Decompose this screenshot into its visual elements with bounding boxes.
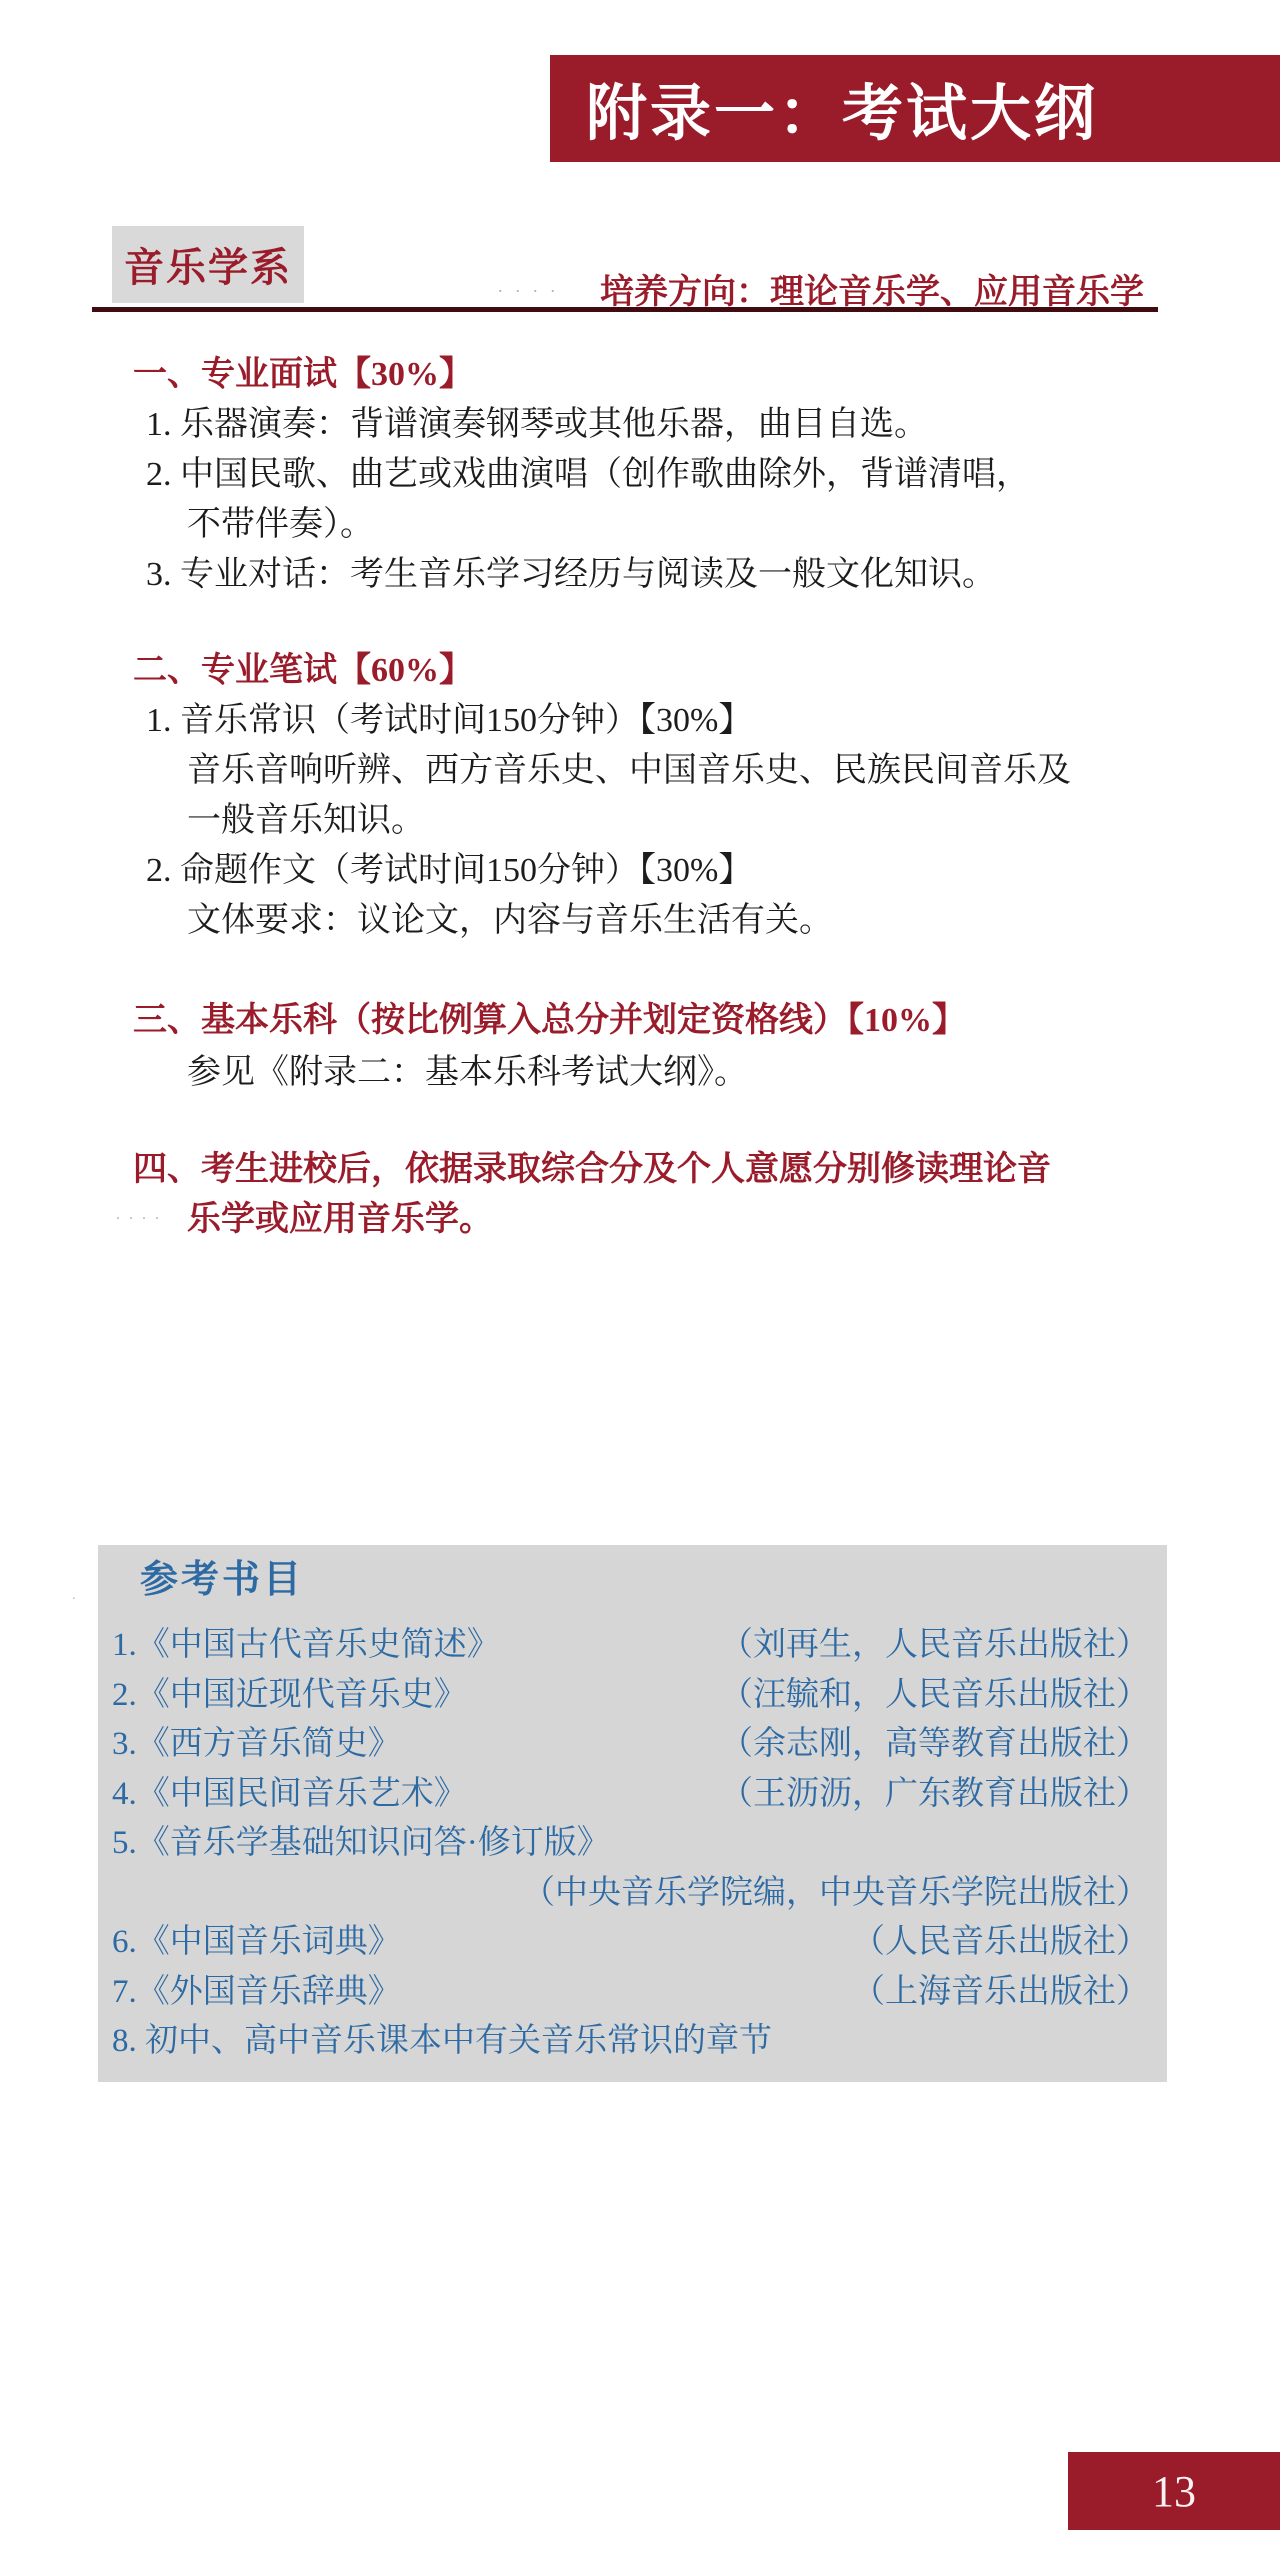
section-written-exam: 二、专业笔试【60%】 1. 音乐常识（考试时间150分钟）【30%】 音乐音响… bbox=[133, 646, 1193, 946]
reference-books-list: 1.《中国古代音乐史简述》 （刘再生，人民音乐出版社） 2.《中国近现代音乐史》… bbox=[98, 1621, 1167, 2067]
book-publisher: （王沥沥，广东教育出版社） bbox=[720, 1770, 1149, 1820]
heading-continuation: 乐学或应用音乐学。 bbox=[133, 1195, 1193, 1245]
leader-dots: .... bbox=[116, 1206, 168, 1224]
department-name: 音乐学系 bbox=[124, 236, 292, 293]
list-item-continuation: 文体要求：议论文，内容与音乐生活有关。 bbox=[133, 896, 1193, 946]
reference-books-box: 参考书目 1.《中国古代音乐史简述》 （刘再生，人民音乐出版社） 2.《中国近现… bbox=[98, 1545, 1167, 2082]
book-title: 8. 初中、高中音乐课本中有关音乐常识的章节 bbox=[112, 2017, 772, 2067]
reference-row: 1.《中国古代音乐史简述》 （刘再生，人民音乐出版社） bbox=[98, 1621, 1167, 1671]
reference-row: 6.《中国音乐词典》 （人民音乐出版社） bbox=[98, 1918, 1167, 1968]
book-title: 3.《西方音乐简史》 bbox=[112, 1720, 401, 1770]
reference-row: 5.《音乐学基础知识问答·修订版》 bbox=[98, 1819, 1167, 1869]
list-item: 1. 乐器演奏：背谱演奏钢琴或其他乐器，曲目自选。 bbox=[133, 400, 1193, 450]
department-header-box: 音乐学系 bbox=[112, 226, 304, 303]
book-title: 2.《中国近现代音乐史》 bbox=[112, 1671, 467, 1721]
list-item: 3. 专业对话：考生音乐学习经历与阅读及一般文化知识。 bbox=[133, 550, 1193, 600]
book-title: 6.《中国音乐词典》 bbox=[112, 1918, 401, 1968]
book-title: 7.《外国音乐辞典》 bbox=[112, 1968, 401, 2018]
book-publisher: （中央音乐学院编，中央音乐学院出版社） bbox=[522, 1869, 1149, 1919]
list-item-continuation: 音乐音响听辨、西方音乐史、中国音乐史、民族民间音乐及 bbox=[133, 746, 1193, 796]
header-divider-rule bbox=[92, 307, 1158, 312]
list-item: 2. 中国民歌、曲艺或戏曲演唱（创作歌曲除外，背谱清唱， bbox=[133, 450, 1193, 500]
book-publisher: （上海音乐出版社） bbox=[852, 1968, 1149, 2018]
list-item-continuation: 一般音乐知识。 bbox=[133, 796, 1193, 846]
reference-row: 7.《外国音乐辞典》 （上海音乐出版社） bbox=[98, 1968, 1167, 2018]
book-title: 1.《中国古代音乐史简述》 bbox=[112, 1621, 500, 1671]
book-publisher: （余志刚，高等教育出版社） bbox=[720, 1720, 1149, 1770]
stray-dot: . bbox=[72, 1588, 89, 1604]
book-title: 5.《音乐学基础知识问答·修订版》 bbox=[112, 1819, 610, 1869]
reference-books-title: 参考书目 bbox=[140, 1555, 1167, 1605]
section-heading: 四、考生进校后，依据录取综合分及个人意愿分别修读理论音 bbox=[133, 1145, 1193, 1195]
list-item-continuation: 不带伴奏）。 bbox=[133, 500, 1193, 550]
section-professional-interview: 一、专业面试【30%】 1. 乐器演奏：背谱演奏钢琴或其他乐器，曲目自选。 2.… bbox=[133, 350, 1193, 600]
book-publisher: （刘再生，人民音乐出版社） bbox=[720, 1621, 1149, 1671]
reference-row: （中央音乐学院编，中央音乐学院出版社） bbox=[98, 1869, 1167, 1919]
book-publisher: （汪毓和，人民音乐出版社） bbox=[720, 1671, 1149, 1721]
section-basic-music-theory: 三、基本乐科（按比例算入总分并划定资格线）【10%】 参见《附录二：基本乐科考试… bbox=[133, 995, 1193, 1099]
book-title: 4.《中国民间音乐艺术》 bbox=[112, 1770, 467, 1820]
appendix-title-banner: 附录一：考试大纲 bbox=[550, 55, 1280, 162]
reference-row: 4.《中国民间音乐艺术》 （王沥沥，广东教育出版社） bbox=[98, 1770, 1167, 1820]
document-page: 附录一：考试大纲 音乐学系 .... 培养方向：理论音乐学、应用音乐学 一、专业… bbox=[0, 0, 1280, 2559]
reference-row: 8. 初中、高中音乐课本中有关音乐常识的章节 bbox=[98, 2017, 1167, 2067]
appendix-title: 附录一：考试大纲 bbox=[586, 65, 1098, 152]
leader-dots: .... bbox=[498, 276, 568, 297]
list-item: 2. 命题作文（考试时间150分钟）【30%】 bbox=[133, 846, 1193, 896]
list-item: 1. 音乐常识（考试时间150分钟）【30%】 bbox=[133, 696, 1193, 746]
page-number-box: 13 bbox=[1068, 2452, 1280, 2530]
book-publisher: （人民音乐出版社） bbox=[852, 1918, 1149, 1968]
section-heading: 三、基本乐科（按比例算入总分并划定资格线）【10%】 bbox=[133, 995, 1193, 1047]
section-heading: 一、专业面试【30%】 bbox=[133, 350, 1193, 400]
reference-row: 2.《中国近现代音乐史》 （汪毓和，人民音乐出版社） bbox=[98, 1671, 1167, 1721]
list-item-continuation: 参见《附录二：基本乐科考试大纲》。 bbox=[133, 1047, 1193, 1099]
training-direction: 培养方向：理论音乐学、应用音乐学 bbox=[600, 264, 1160, 313]
section-heading: 二、专业笔试【60%】 bbox=[133, 646, 1193, 696]
section-after-admission: 四、考生进校后，依据录取综合分及个人意愿分别修读理论音 乐学或应用音乐学。 bbox=[133, 1145, 1193, 1245]
reference-row: 3.《西方音乐简史》 （余志刚，高等教育出版社） bbox=[98, 1720, 1167, 1770]
page-number: 13 bbox=[1152, 2466, 1196, 2517]
